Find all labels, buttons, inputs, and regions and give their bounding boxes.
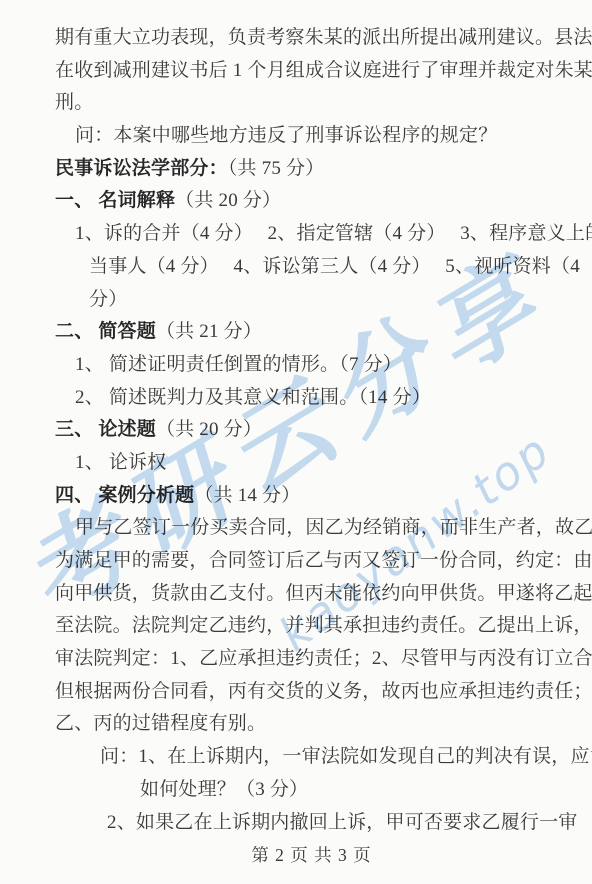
case-text-line: 为满足甲的需要，合同签订后乙与丙又签订一份合同，约定：由丙 [55, 545, 568, 578]
case-text-line: 审法院判定：1、乙应承担违约责任；2、尽管甲与丙没有订立合同， [55, 643, 568, 676]
case-text-line: 向甲供货，货款由乙支付。但丙未能依约向甲供货。甲遂将乙起诉 [55, 578, 568, 611]
essay-item-1: 1、 论诉权 [55, 447, 568, 480]
criminal-question-line: 问：本案中哪些地方违反了刑事诉讼程序的规定？ [55, 120, 568, 153]
heading-civil-procedure-part: 民事诉讼法学部分：（共 75 分） [55, 153, 568, 186]
term-items-line: 当事人（4 分） 4、诉讼第三人（4 分） 5、视听资料（4 [55, 251, 568, 284]
term-items-line: 分） [55, 284, 568, 317]
case-question-1-line: 问：1、在上诉期内，一审法院如发现自己的判决有误，应该 [55, 741, 568, 774]
short-answer-item-1: 1、 简述证明责任倒置的情形。（7 分） [55, 349, 568, 382]
case-text-line: 刑。 [55, 87, 568, 120]
case-question-1-line: 如何处理？（3 分） [55, 774, 568, 807]
heading-section-3-essay: 三、 论述题（共 20 分） [55, 414, 568, 447]
exam-text-content: 期有重大立功表现，负责考察朱某的派出所提出减刑建议。县法院 在收到减刑建议书后 … [0, 0, 592, 872]
scanned-exam-page: 期有重大立功表现，负责考察朱某的派出所提出减刑建议。县法院 在收到减刑建议书后 … [0, 0, 592, 884]
case-text-line: 乙、丙的过错程度有别。 [55, 708, 568, 741]
heading-section-2-short-answer: 二、 简答题（共 21 分） [55, 316, 568, 349]
heading-section-4-case-analysis: 四、 案例分析题（共 14 分） [55, 480, 568, 513]
term-items-line: 1、诉的合并（4 分） 2、指定管辖（4 分） 3、程序意义上的 [55, 218, 568, 251]
case-question-2-line: 2、如果乙在上诉期内撤回上诉，甲可否要求乙履行一审 [55, 807, 568, 840]
heading-section-1-terms: 一、 名词解释（共 20 分） [55, 185, 568, 218]
case-text-line: 在收到减刑建议书后 1 个月组成合议庭进行了审理并裁定对朱某减 [55, 55, 568, 88]
short-answer-item-2: 2、 简述既判力及其意义和范围。（14 分） [55, 382, 568, 415]
case-text-line: 但根据两份合同看，丙有交货的义务，故丙也应承担违约责任；3、 [55, 676, 568, 709]
case-text-line: 甲与乙签订一份买卖合同，因乙为经销商，而非生产者，故乙 [55, 512, 568, 545]
page-footer: 第 2 页 共 3 页 [55, 839, 568, 872]
case-text-line: 期有重大立功表现，负责考察朱某的派出所提出减刑建议。县法院 [55, 22, 568, 55]
case-text-line: 至法院。法院判定乙违约，并判其承担违约责任。乙提出上诉，二 [55, 610, 568, 643]
